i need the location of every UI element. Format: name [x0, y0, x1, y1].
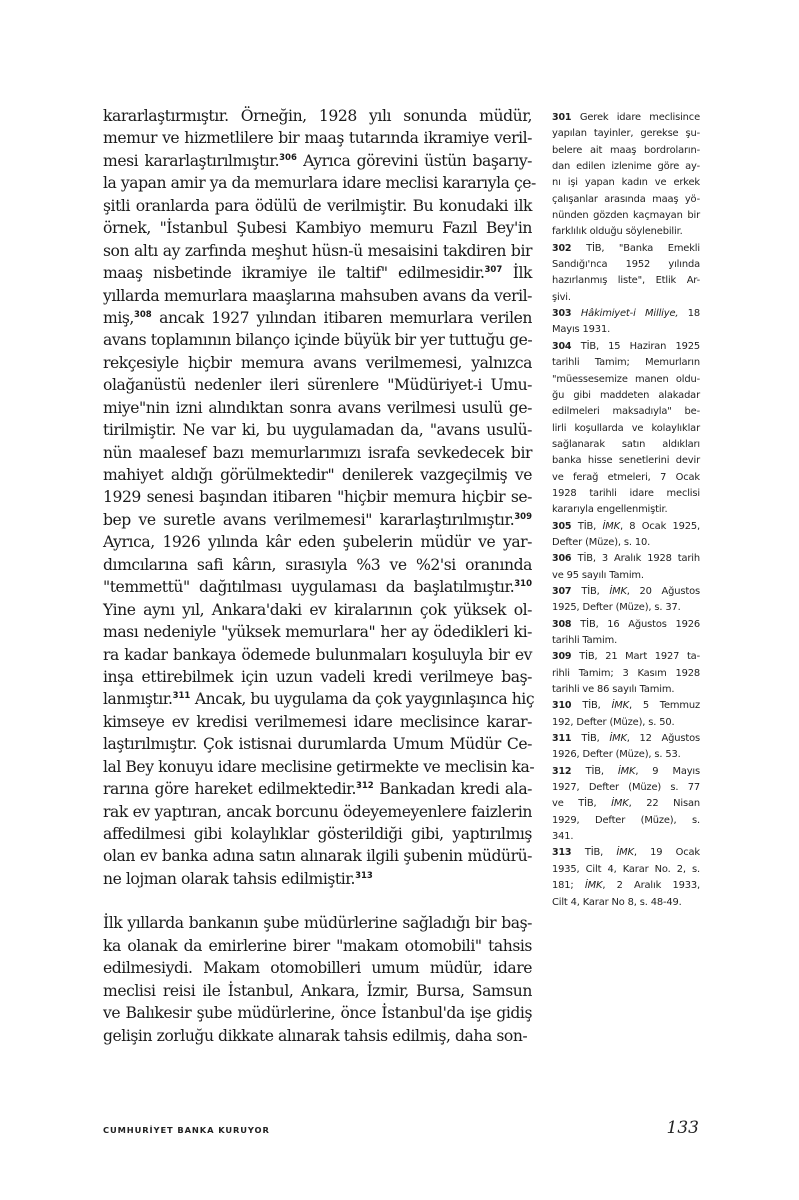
footnote-301: 301 Gerek idare meclisinceyapılan tayinl… [552, 110, 700, 241]
footnote-ref[interactable]: 313 [355, 871, 373, 881]
line-text: gelişin zorluğu dikkate alınarak tahsis … [103, 1027, 527, 1045]
page-number: 133 [667, 1118, 699, 1138]
text-line: miş,308 ancak 1927 yılından itibaren mem… [103, 307, 532, 329]
footnote-line: 1927, Defter (Müze) s. 77 [552, 780, 700, 796]
footnote-line: 303 Hâkimiyet-i Milliye, 18 [552, 306, 700, 322]
line-text: ancak 1927 yılından itibaren memurlara v… [152, 309, 532, 327]
line-text: kimseye ev kredisi verilmemesi idare mec… [103, 713, 532, 731]
running-title: CUMHURİYET BANKA KURUYOR [103, 1125, 270, 1135]
text-line: affedilmesi gibi kolaylıklar gösterildiğ… [103, 823, 532, 845]
line-text: dımcılarına safi kârın, sırasıyla %3 ve … [103, 556, 532, 574]
footnote-line: nünden gözden kaçmayan bir [552, 208, 700, 224]
text-line: kimseye ev kredisi verilmemesi idare mec… [103, 711, 532, 733]
footnote-number: 312 [552, 766, 586, 777]
footnote-line: hazırlanmış liste", Etlik Ar- [552, 273, 700, 289]
footnote-ref[interactable]: 307 [485, 265, 503, 275]
footnote-313: 313 TİB, İMK, 19 Ocak1935, Cilt 4, Karar… [552, 845, 700, 910]
footnote-line: 181; İMK, 2 Aralık 1933, [552, 878, 700, 894]
text-line: Yine aynı yıl, Ankara'daki ev kiralarını… [103, 599, 532, 621]
footnote-line: yapılan tayinler, gerekse şu- [552, 126, 700, 142]
footnote-ref[interactable]: 306 [279, 153, 297, 163]
footnote-306: 306 TİB, 3 Aralık 1928 tarihve 95 sayılı… [552, 551, 700, 584]
text-line: miye"nin izni alındıktan sonra avans ver… [103, 397, 532, 419]
line-text: mesi kararlaştırılmıştır. [103, 152, 279, 170]
text-line: nün maalesef bazı memurlarımızı israfa s… [103, 442, 532, 464]
paragraph-1: kararlaştırmıştır. Örneğin, 1928 yılı so… [103, 105, 532, 890]
line-text: lanmıştır. [103, 690, 173, 708]
footnote-line: 308 TİB, 16 Ağustos 1926 [552, 617, 700, 633]
footnote-304: 304 TİB, 15 Haziran 1925tarihli Tamim; M… [552, 339, 700, 519]
footnote-302: 302 TİB, "Banka EmekliSandığı'nca 1952 y… [552, 241, 700, 306]
line-text: kararlaştırmıştır. Örneğin, 1928 yılı so… [103, 107, 532, 125]
line-text: la yapan amir ya da memurlara idare mecl… [103, 174, 536, 192]
footnote-310: 310 TİB, İMK, 5 Temmuz192, Defter (Müze)… [552, 698, 700, 731]
line-text: şitli oranlarda para ödülü de verilmişti… [103, 197, 532, 215]
line-text: ve Balıkesir şube müdürlerine, önce İsta… [103, 1004, 532, 1022]
text-line: rekçesiyle hiçbir memura avans verilmeme… [103, 352, 532, 374]
footnote-line: banka hisse senetlerini devir [552, 453, 700, 469]
text-line: mahiyet aldığı görülmektedir" denilerek … [103, 464, 532, 486]
footnote-number: 302 [552, 243, 586, 254]
text-line: şitli oranlarda para ödülü de verilmişti… [103, 195, 532, 217]
footnote-line: ğu gibi maddeten alakadar [552, 388, 700, 404]
line-text: inşa ettirebilmek için uzun vadeli kredi… [103, 668, 532, 686]
text-line: ve Balıkesir şube müdürlerine, önce İsta… [103, 1002, 532, 1024]
text-line: lal Bey konuyu idare meclisine getirmekt… [103, 756, 532, 778]
text-line: olağanüstü nedenler ileri sürenlere "Müd… [103, 374, 532, 396]
footnote-line: 301 Gerek idare meclisince [552, 110, 700, 126]
footnote-ref[interactable]: 308 [134, 310, 152, 320]
text-line: İlk yıllarda bankanın şube müdürlerine s… [103, 912, 532, 934]
footnote-303: 303 Hâkimiyet-i Milliye, 18Mayıs 1931. [552, 306, 700, 339]
line-text: miş, [103, 309, 134, 327]
line-text: rak ev yaptıran, ancak borcunu ödeyemeye… [103, 803, 532, 821]
footnote-line: tarihli ve 86 sayılı Tamim. [552, 682, 700, 698]
text-line: ması nedeniyle "yüksek memurlara" her ay… [103, 621, 532, 643]
text-line: kararlaştırmıştır. Örneğin, 1928 yılı so… [103, 105, 532, 127]
text-line: mesi kararlaştırılmıştır.306 Ayrıca göre… [103, 150, 532, 172]
footnote-line: Mayıs 1931. [552, 322, 700, 338]
footnote-line: sağlanarak satın aldıkları [552, 437, 700, 453]
footnote-line: tarihli Tamim; Memurların [552, 355, 700, 371]
line-text: ne lojman olarak tahsis edilmiştir. [103, 870, 355, 888]
footnote-line: 1925, Defter (Müze), s. 37. [552, 600, 700, 616]
footnote-line: belere ait maaş bordroların- [552, 143, 700, 159]
footnote-number: 313 [552, 847, 585, 858]
line-text: avans toplamının bilanço içinde büyük bi… [103, 331, 532, 349]
footnote-line: 1935, Cilt 4, Karar No. 2, s. [552, 862, 700, 878]
footnote-line: 313 TİB, İMK, 19 Ocak [552, 845, 700, 861]
text-line: son altı ay zarfında meşhut hüsn-ü mesai… [103, 240, 532, 262]
line-text: tirilmiştir. Ne var ki, bu uygulamadan d… [103, 421, 532, 439]
line-text: memur ve hizmetlilere bir maaş tutarında… [103, 129, 532, 147]
line-text: "temmettü" dağıtılması uygulaması da baş… [103, 578, 514, 596]
text-line: olan ev banka adına satın alınarak ilgil… [103, 845, 532, 867]
footnote-line: 312 TİB, İMK, 9 Mayıs [552, 764, 700, 780]
footnote-308: 308 TİB, 16 Ağustos 1926tarihli Tamim. [552, 617, 700, 650]
footnote-312: 312 TİB, İMK, 9 Mayıs1927, Defter (Müze)… [552, 764, 700, 846]
text-line: bep ve suretle avans verilmemesi" kararl… [103, 509, 532, 531]
line-text: ra kadar bankaya ödemede bulunmaları koş… [103, 646, 532, 664]
footnote-line: 309 TİB, 21 Mart 1927 ta- [552, 649, 700, 665]
line-text: Bankadan kredi ala- [374, 780, 532, 798]
line-text: edilmesiydi. Makam otomobilleri umum müd… [103, 959, 532, 977]
line-text: miye"nin izni alındıktan sonra avans ver… [103, 399, 532, 417]
footnote-line: 304 TİB, 15 Haziran 1925 [552, 339, 700, 355]
line-text: Ayrıca görevini üstün başarıy- [297, 152, 532, 170]
line-text: bep ve suretle avans verilmemesi" kararl… [103, 511, 514, 529]
footnote-line: ve 95 sayılı Tamim. [552, 568, 700, 584]
text-line: meclisi reisi ile İstanbul, Ankara, İzmi… [103, 980, 532, 1002]
text-line: memur ve hizmetlilere bir maaş tutarında… [103, 127, 532, 149]
footnote-305: 305 TİB, İMK, 8 Ocak 1925,Defter (Müze),… [552, 519, 700, 552]
footnote-ref[interactable]: 310 [514, 579, 532, 589]
text-line: örnek, "İstanbul Şubesi Kambiyo memuru F… [103, 217, 532, 239]
text-line: "temmettü" dağıtılması uygulaması da baş… [103, 576, 532, 598]
paragraph-2: İlk yıllarda bankanın şube müdürlerine s… [103, 912, 532, 1047]
text-line: yıllarda memurlara maaşlarına mahsuben a… [103, 285, 532, 307]
line-text: rekçesiyle hiçbir memura avans verilmeme… [103, 354, 532, 372]
footnote-line: 307 TİB, İMK, 20 Ağustos [552, 584, 700, 600]
text-line: gelişin zorluğu dikkate alınarak tahsis … [103, 1025, 532, 1047]
text-line: ne lojman olarak tahsis edilmiştir.313 [103, 868, 532, 890]
footnote-line: Sandığı'nca 1952 yılında [552, 257, 700, 273]
line-text: 1929 senesi başından itibaren "hiçbir me… [103, 488, 532, 506]
footnote-number: 301 [552, 112, 580, 123]
footnote-line: 1929, Defter (Müze), s. [552, 813, 700, 829]
line-text: maaş nisbetinde ikramiye ile taltif" edi… [103, 264, 485, 282]
text-line: tirilmiştir. Ne var ki, bu uygulamadan d… [103, 419, 532, 441]
line-text: Ancak, bu uygulama da çok yaygınlaşınca … [190, 690, 534, 708]
footnote-line: 1926, Defter (Müze), s. 53. [552, 747, 700, 763]
footnote-number: 311 [552, 733, 581, 744]
footnote-line: kararıyla engellenmiştir. [552, 502, 700, 518]
footnote-number: 307 [552, 586, 581, 597]
line-text: Ayrıca, 1926 yılında kâr eden şubelerin … [103, 533, 532, 551]
main-text-column: kararlaştırmıştır. Örneğin, 1928 yılı so… [103, 105, 532, 1047]
footnote-number: 303 [552, 308, 581, 319]
footnote-line: 1928 tarihli idare meclisi [552, 486, 700, 502]
footnote-line: 192, Defter (Müze), s. 50. [552, 715, 700, 731]
footnote-number: 306 [552, 553, 578, 564]
footnote-line: tarihli Tamim. [552, 633, 700, 649]
text-line: rarına göre hareket edilmektedir.312 Ban… [103, 778, 532, 800]
footnote-line: ve TİB, İMK, 22 Nisan [552, 796, 700, 812]
line-text: affedilmesi gibi kolaylıklar gösterildiğ… [103, 825, 532, 843]
text-line: la yapan amir ya da memurlara idare mecl… [103, 172, 532, 194]
line-text: son altı ay zarfında meşhut hüsn-ü mesai… [103, 242, 532, 260]
footnote-ref[interactable]: 309 [514, 512, 532, 522]
footnote-number: 305 [552, 521, 578, 532]
footnote-line: rihli Tamim; 3 Kasım 1928 [552, 666, 700, 682]
text-line: lanmıştır.311 Ancak, bu uygulama da çok … [103, 688, 532, 710]
text-line: inşa ettirebilmek için uzun vadeli kredi… [103, 666, 532, 688]
text-line: rak ev yaptıran, ancak borcunu ödeyemeye… [103, 801, 532, 823]
footnotes-column: 301 Gerek idare meclisinceyapılan tayinl… [552, 110, 700, 911]
footnote-307: 307 TİB, İMK, 20 Ağustos1925, Defter (Mü… [552, 584, 700, 617]
footnote-number: 308 [552, 619, 580, 630]
footnote-number: 304 [552, 341, 581, 352]
footnote-311: 311 TİB, İMK, 12 Ağustos1926, Defter (Mü… [552, 731, 700, 764]
line-text: olağanüstü nedenler ileri sürenlere "Müd… [103, 376, 532, 394]
text-line: Ayrıca, 1926 yılında kâr eden şubelerin … [103, 531, 532, 553]
line-text: lal Bey konuyu idare meclisine getirmekt… [103, 758, 534, 776]
footnote-line: lirli koşullarda ve kolaylıklar [552, 421, 700, 437]
footnote-ref[interactable]: 311 [173, 691, 191, 701]
line-text: laştırılmıştır. Çok istisnai durumlarda … [103, 735, 532, 753]
text-line: 1929 senesi başından itibaren "hiçbir me… [103, 486, 532, 508]
line-text: olan ev banka adına satın alınarak ilgil… [103, 847, 532, 865]
footnote-line: 306 TİB, 3 Aralık 1928 tarih [552, 551, 700, 567]
line-text: meclisi reisi ile İstanbul, Ankara, İzmi… [103, 982, 532, 1000]
text-line: avans toplamının bilanço içinde büyük bi… [103, 329, 532, 351]
footnote-line: 302 TİB, "Banka Emekli [552, 241, 700, 257]
footnote-line: çalışanlar arasında maaş yö- [552, 192, 700, 208]
line-text: Yine aynı yıl, Ankara'daki ev kiralarını… [103, 601, 532, 619]
footnote-309: 309 TİB, 21 Mart 1927 ta-rihli Tamim; 3 … [552, 649, 700, 698]
line-text: örnek, "İstanbul Şubesi Kambiyo memuru F… [103, 219, 532, 237]
line-text: yıllarda memurlara maaşlarına mahsuben a… [103, 287, 532, 305]
text-line: ra kadar bankaya ödemede bulunmaları koş… [103, 644, 532, 666]
line-text: nün maalesef bazı memurlarımızı israfa s… [103, 444, 532, 462]
footnote-line: "müessesemize manen oldu- [552, 372, 700, 388]
footnote-line: Cilt 4, Karar No 8, s. 48-49. [552, 895, 700, 911]
footnote-line: şivi. [552, 290, 700, 306]
text-line: ka olanak da emirlerine birer "makam oto… [103, 935, 532, 957]
footnote-line: dan edilen izlenime göre ay- [552, 159, 700, 175]
footnote-line: edilmeleri maksadıyla" be- [552, 404, 700, 420]
footnote-ref[interactable]: 312 [356, 781, 374, 791]
line-text: İlk yıllarda bankanın şube müdürlerine s… [103, 914, 532, 932]
footnote-line: farklılık olduğu söylenebilir. [552, 224, 700, 240]
footnote-line: 305 TİB, İMK, 8 Ocak 1925, [552, 519, 700, 535]
text-line: edilmesiydi. Makam otomobilleri umum müd… [103, 957, 532, 979]
text-line: dımcılarına safi kârın, sırasıyla %3 ve … [103, 554, 532, 576]
line-text: ka olanak da emirlerine birer "makam oto… [103, 937, 532, 955]
footnote-line: 341. [552, 829, 700, 845]
footnote-line: Defter (Müze), s. 10. [552, 535, 700, 551]
footnote-line: 311 TİB, İMK, 12 Ağustos [552, 731, 700, 747]
line-text: ması nedeniyle "yüksek memurlara" her ay… [103, 623, 532, 641]
footnote-number: 310 [552, 700, 582, 711]
line-text: mahiyet aldığı görülmektedir" denilerek … [103, 466, 532, 484]
footnote-line: ve ferağ etmeleri, 7 Ocak [552, 470, 700, 486]
footnote-number: 309 [552, 651, 579, 662]
footnote-line: 310 TİB, İMK, 5 Temmuz [552, 698, 700, 714]
text-line: maaş nisbetinde ikramiye ile taltif" edi… [103, 262, 532, 284]
line-text: rarına göre hareket edilmektedir. [103, 780, 356, 798]
text-line: laştırılmıştır. Çok istisnai durumlarda … [103, 733, 532, 755]
footnote-line: nı işi yapan kadın ve erkek [552, 175, 700, 191]
line-text: İlk [502, 264, 532, 282]
